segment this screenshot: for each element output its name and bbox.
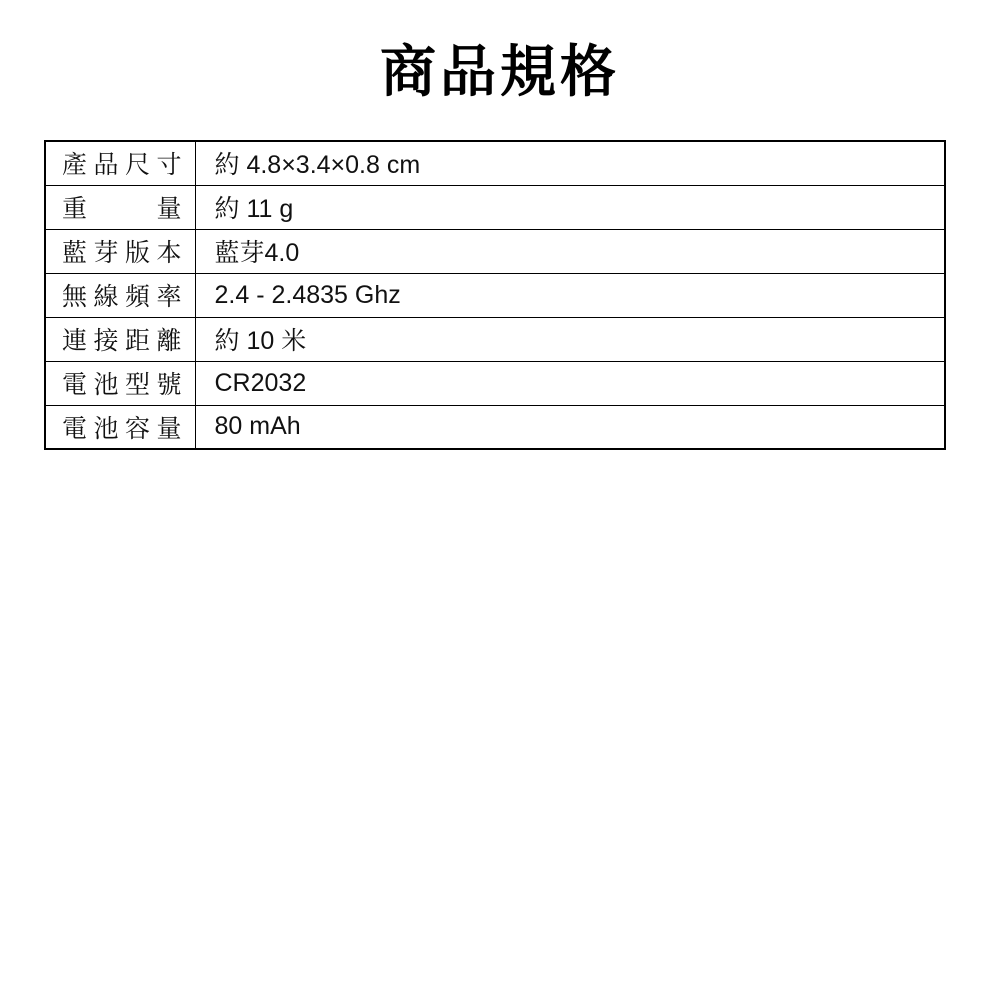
spec-row-connection-distance: 連接距離 約 10 米: [45, 317, 945, 361]
spec-row-wireless-frequency: 無線頻率 2.4 - 2.4835 Ghz: [45, 273, 945, 317]
spec-row-battery-model: 電池型號 CR2032: [45, 361, 945, 405]
page-title: 商品規格: [0, 44, 1000, 100]
spec-label-weight: 重量: [45, 185, 195, 229]
spec-value-wireless-frequency: 2.4 - 2.4835 Ghz: [195, 273, 945, 317]
product-spec-page: 商品規格 產品尺寸 約 4.8×3.4×0.8 cm 重量 約 11 g 藍芽版…: [0, 0, 1000, 1000]
spec-row-bluetooth-version: 藍芽版本 藍芽4.0: [45, 229, 945, 273]
spec-value-dimensions: 約 4.8×3.4×0.8 cm: [195, 141, 945, 185]
spec-row-battery-capacity: 電池容量 80 mAh: [45, 405, 945, 449]
spec-label-wireless-frequency: 無線頻率: [45, 273, 195, 317]
spec-label-battery-capacity: 電池容量: [45, 405, 195, 449]
spec-label-connection-distance: 連接距離: [45, 317, 195, 361]
spec-value-bluetooth-version: 藍芽4.0: [195, 229, 945, 273]
spec-table: 產品尺寸 約 4.8×3.4×0.8 cm 重量 約 11 g 藍芽版本 藍芽4…: [44, 140, 946, 450]
spec-value-battery-capacity: 80 mAh: [195, 405, 945, 449]
spec-row-dimensions: 產品尺寸 約 4.8×3.4×0.8 cm: [45, 141, 945, 185]
spec-label-bluetooth-version: 藍芽版本: [45, 229, 195, 273]
spec-value-connection-distance: 約 10 米: [195, 317, 945, 361]
spec-row-weight: 重量 約 11 g: [45, 185, 945, 229]
spec-label-dimensions: 產品尺寸: [45, 141, 195, 185]
spec-label-battery-model: 電池型號: [45, 361, 195, 405]
spec-value-weight: 約 11 g: [195, 185, 945, 229]
spec-value-battery-model: CR2032: [195, 361, 945, 405]
